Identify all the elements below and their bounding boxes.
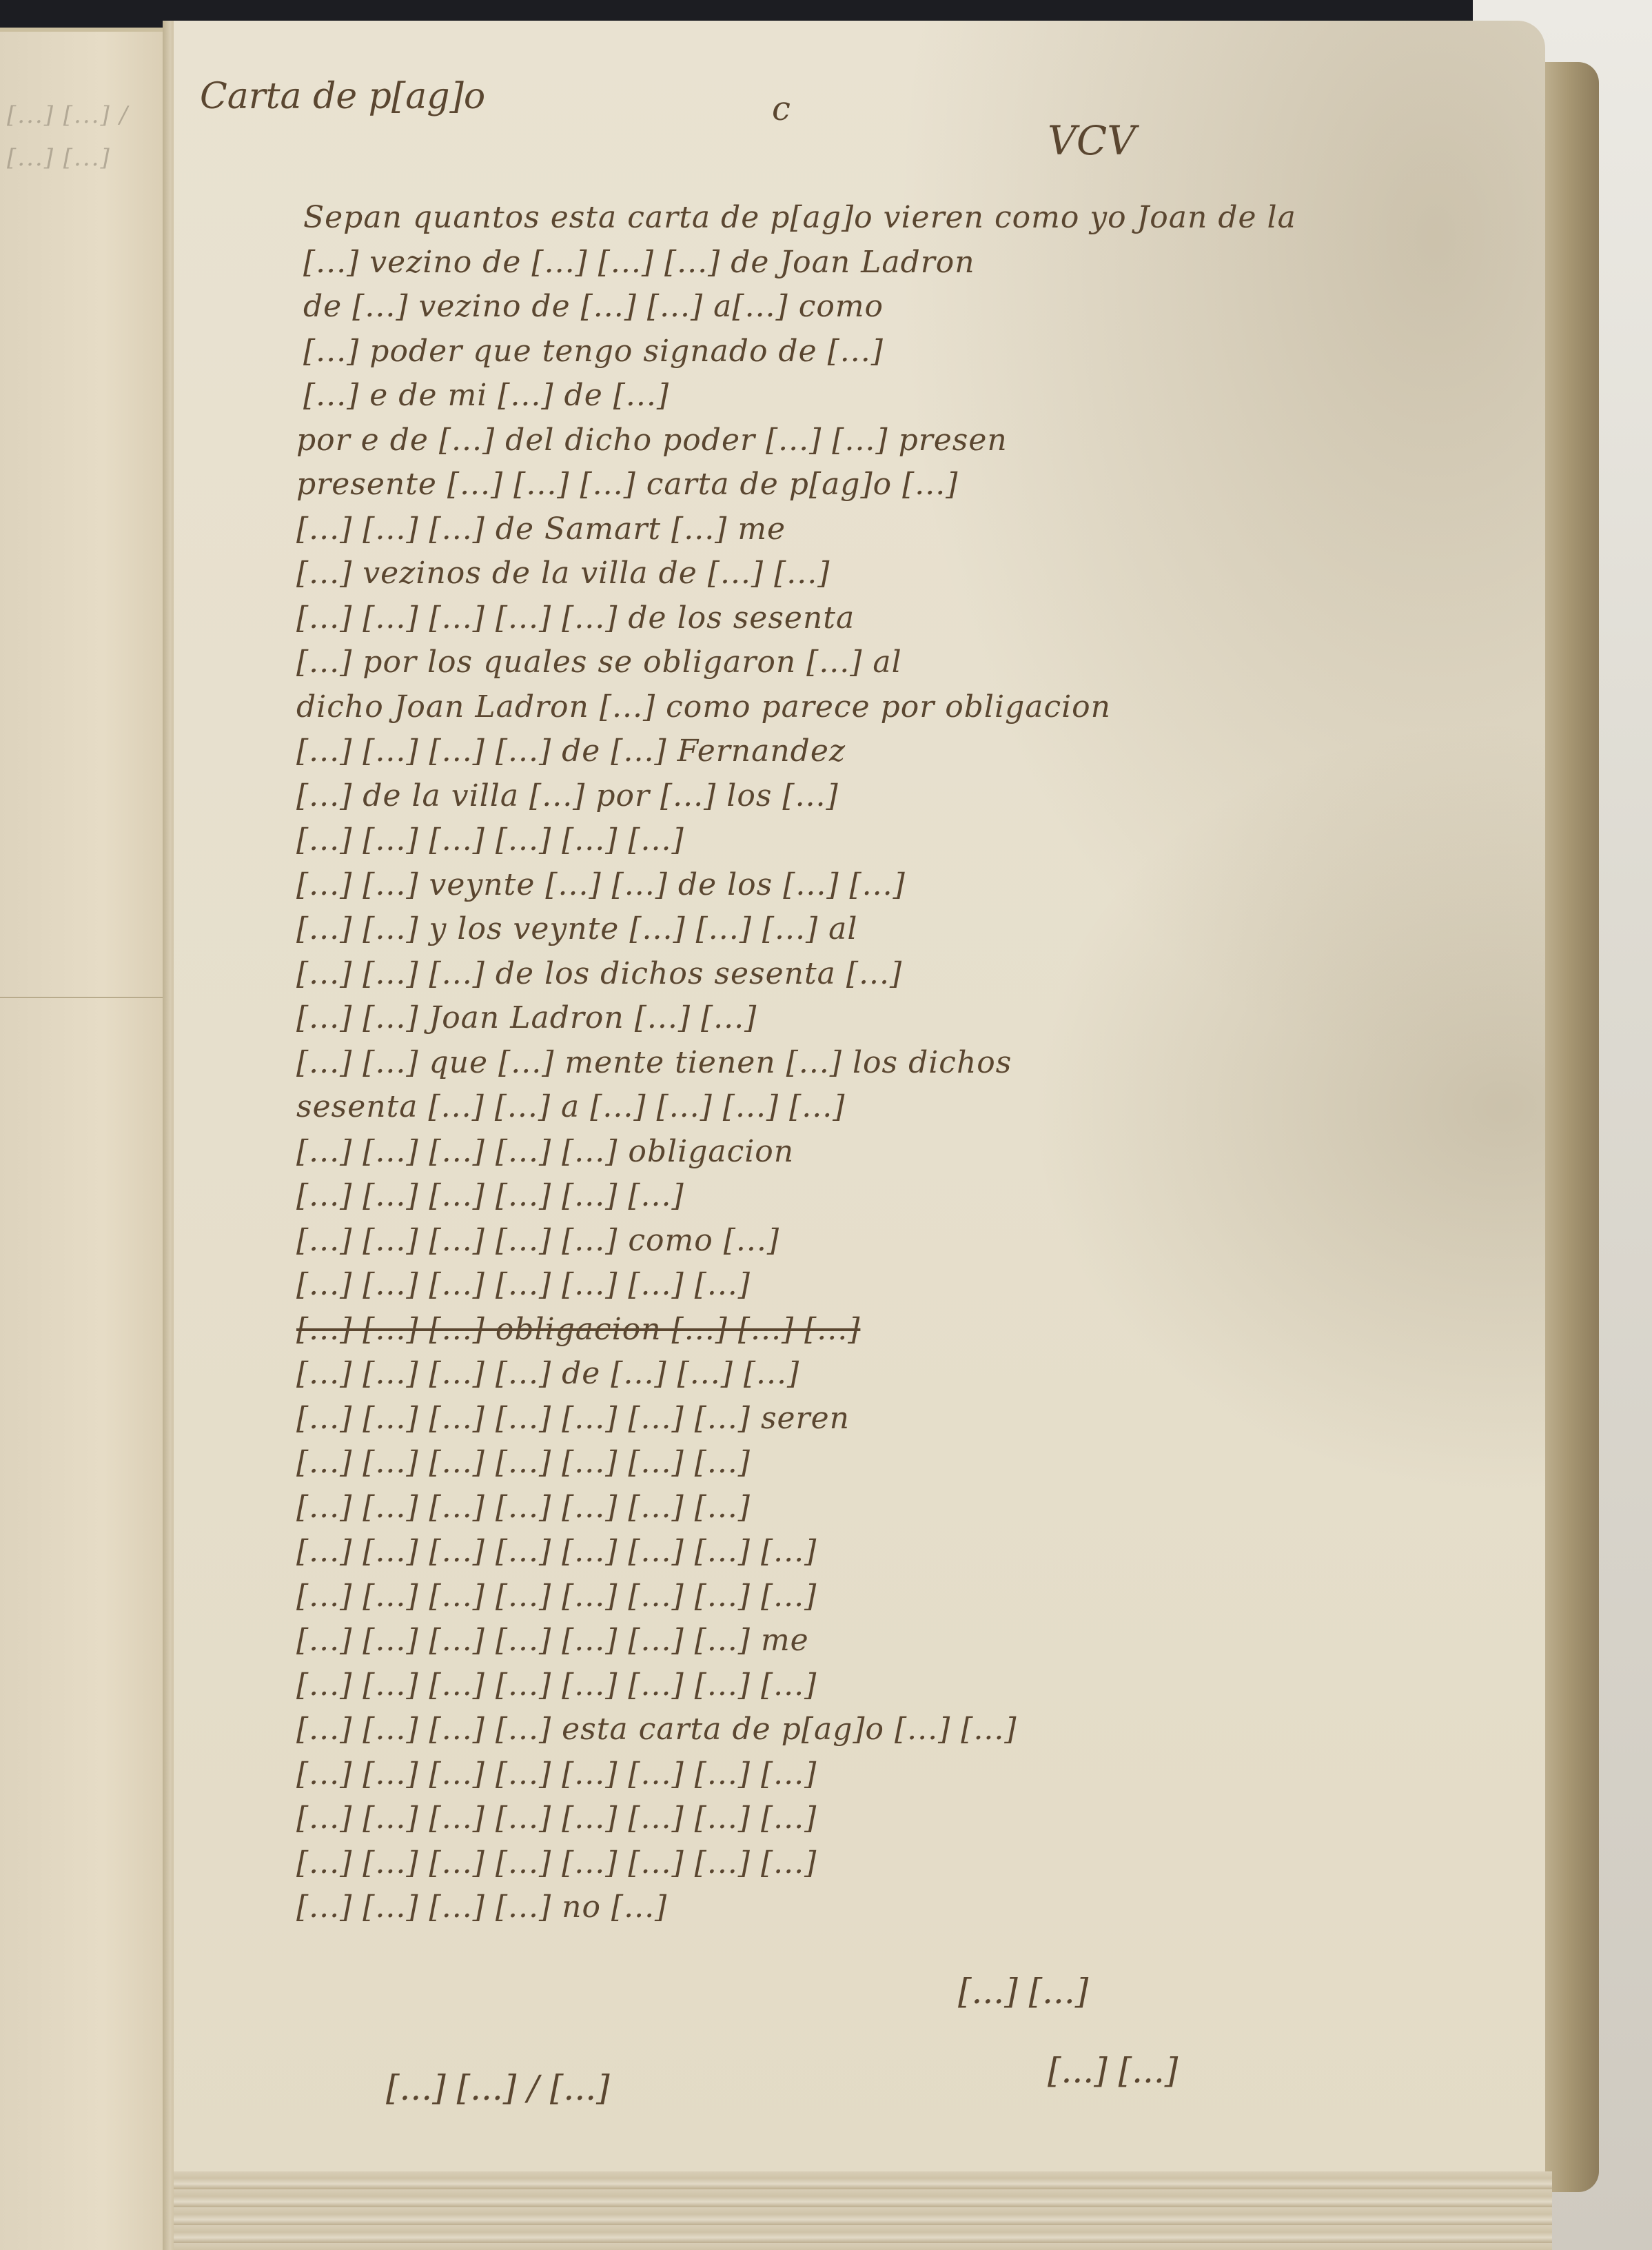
manuscript-line: [...] poder que tengo signado de [...] <box>303 334 884 369</box>
manuscript-line: [...] [...] [...] [...] [...] [...] <box>296 822 684 858</box>
manuscript-line: [...] [...] [...] obligacion [...] [...]… <box>296 1312 860 1347</box>
manuscript-line: [...] [...] Joan Ladron [...] [...] <box>296 1000 757 1035</box>
manuscript-line: dicho Joan Ladron [...] como parece por … <box>296 689 1111 724</box>
manuscript-line: [...] por los quales se obligaron [...] … <box>296 645 902 680</box>
manuscript-line: [...] [...] [...] [...] esta carta de p[… <box>296 1712 1017 1747</box>
bottom-page-edges <box>174 2171 1552 2250</box>
manuscript-line: de [...] vezino de [...] [...] a[...] co… <box>303 289 884 324</box>
manuscript-line: presente [...] [...] [...] carta de p[ag… <box>296 467 958 502</box>
manuscript-line: [...] [...] [...] [...] [...] [...] [...… <box>296 1801 817 1836</box>
signature-left: [...] [...] / [...] <box>386 2068 610 2108</box>
manuscript-line: [...] vezino de [...] [...] [...] de Joa… <box>303 245 975 280</box>
manuscript-line: [...] [...] [...] [...] [...] [...] <box>296 1178 684 1213</box>
manuscript-line: [...] [...] [...] [...] de [...] [...] [… <box>296 1356 799 1391</box>
manuscript-line: [...] [...] [...] [...] [...] [...] [...… <box>296 1668 817 1703</box>
manuscript-line: [...] [...] [...] de los dichos sesenta … <box>296 956 902 991</box>
manuscript-line: [...] vezinos de la villa de [...] [...] <box>296 556 830 591</box>
header-left: Carta de p[ag]o <box>200 76 485 117</box>
signature-right-bottom: [...] [...] <box>1048 2051 1178 2091</box>
manuscript-line: Sepan quantos esta carta de p[ag]o viere… <box>303 200 1296 235</box>
manuscript-line: [...] [...] [...] [...] [...] [...] [...… <box>296 1756 817 1792</box>
manuscript-line: [...] [...] [...] [...] [...] [...] [...… <box>296 1845 817 1881</box>
manuscript-line: [...] [...] [...] [...] no [...] <box>296 1889 667 1925</box>
manuscript-line: [...] [...] [...] [...] [...] [...] [...… <box>296 1490 751 1525</box>
manuscript-line: [...] [...] [...] [...] de [...] Fernand… <box>296 733 846 769</box>
header-center: c <box>772 90 791 128</box>
manuscript-line: [...] [...] [...] [...] [...] [...] [...… <box>296 1534 817 1569</box>
fold-crease <box>0 997 165 998</box>
left-page-ghost-text: [...] [...] / [...] [...] <box>7 94 159 179</box>
manuscript-line: [...] [...] [...] [...] [...] como [...] <box>296 1223 779 1258</box>
manuscript-line: [...] [...] que [...] mente tienen [...]… <box>296 1045 1012 1080</box>
signature-right-top: [...] [...] <box>958 1972 1088 2011</box>
manuscript-line: [...] [...] [...] [...] [...] [...] [...… <box>296 1401 850 1436</box>
manuscript-line: [...] [...] [...] [...] [...] [...] [...… <box>296 1445 751 1480</box>
manuscript-line: [...] [...] [...] [...] [...] obligacion <box>296 1134 794 1169</box>
manuscript-line: por e de [...] del dicho poder [...] [..… <box>296 423 1008 458</box>
manuscript-line: sesenta [...] [...] a [...] [...] [...] … <box>296 1089 845 1124</box>
page-edge-stack <box>1537 62 1599 2192</box>
manuscript-line: [...] [...] [...] de Samart [...] me <box>296 511 786 547</box>
manuscript-line: [...] [...] [...] [...] [...] de los ses… <box>296 600 855 636</box>
manuscript-line: [...] [...] [...] [...] [...] [...] [...… <box>296 1579 817 1614</box>
manuscript-line: [...] [...] [...] [...] [...] [...] [...… <box>296 1267 751 1302</box>
left-page: [...] [...] / [...] [...] <box>0 28 172 2250</box>
manuscript-line: [...] [...] [...] [...] [...] [...] [...… <box>296 1623 809 1658</box>
manuscript-line: [...] [...] veynte [...] [...] de los [.… <box>296 867 906 902</box>
manuscript-line: [...] de la villa [...] por [...] los [.… <box>296 778 839 813</box>
manuscript-line: [...] [...] y los veynte [...] [...] [..… <box>296 911 857 946</box>
manuscript-line: [...] e de mi [...] de [...] <box>303 378 669 413</box>
header-right: VCV <box>1048 117 1136 164</box>
